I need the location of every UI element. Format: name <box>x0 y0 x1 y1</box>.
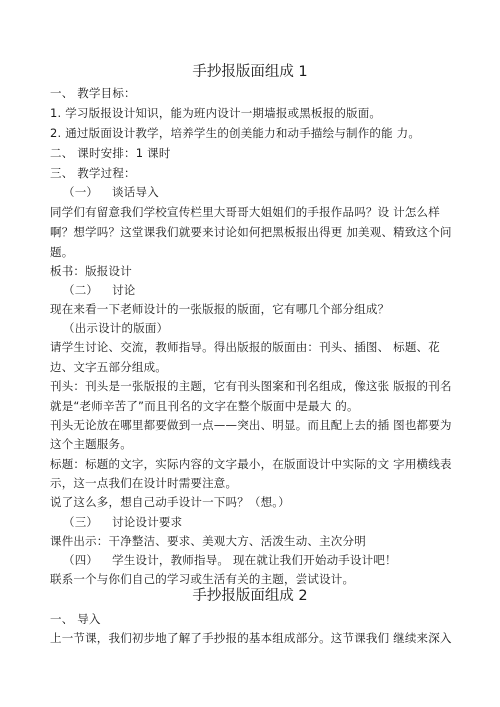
process-heading: 三、 教学过程： <box>50 166 136 180</box>
part2-show: （出示设计的版面） <box>63 321 168 335</box>
part2-paragraph-line2: 边、文字五部分组成。 <box>50 360 167 374</box>
part1-paragraph-line2: 啊？想学吗？这堂课我们就要来讨论如何把黑板报出得更 加美观、精致这个问 <box>50 225 452 239</box>
part1-paragraph-line3: 题。 <box>50 245 73 259</box>
part2-label: （二） <box>63 283 98 297</box>
objectives-heading: 一、 教学目标： <box>50 86 136 100</box>
intro-paragraph-line1: 上一节课，我们初步地了解了手抄报的基本组成部分。这节课我们 继续来深入 <box>50 631 452 645</box>
task: 联系一个与你们自己的学习或生活有关的主题，尝试设计。 <box>50 572 354 586</box>
courseware: 课件出示：干净整洁、要求、美观大方、活泼生动、主次分明 <box>50 534 366 548</box>
masthead2-line1: 刊头无论放在哪里都要做到一点——突出、明显。而且配上去的插 图也都要为 <box>50 418 452 432</box>
part3-title: 讨论设计要求 <box>112 515 182 529</box>
objective-2: 2. 通过版面设计教学，培养学生的创美能力和动手描绘与制作的能 力。 <box>50 126 420 140</box>
intro-heading: 一、 导入 <box>50 612 101 626</box>
schedule: 二、 课时安排：1 课时 <box>50 146 171 160</box>
section2-title: 手抄报版面组成 2 <box>0 587 500 605</box>
part2-title: 讨论 <box>112 283 135 297</box>
heading-line1: 标题：标题的文字，实际内容的文字最小，在版面设计中实际的文 字用横线表 <box>50 457 452 471</box>
masthead-line2: 就是“老师辛苦了”而且刊名的文字在整个版面中是最大 的。 <box>50 399 359 413</box>
part4-heading: （四）学生设计，教师指导。 现在就让我们开始动手设计吧！ <box>63 553 397 567</box>
part1-heading: （一）谈话导入 <box>63 185 159 199</box>
part3-heading: （三）讨论设计要求 <box>63 515 182 529</box>
part2-heading: （二）讨论 <box>63 283 136 297</box>
section1-title: 手抄报版面组成 1 <box>0 63 500 81</box>
prompt: 说了这么多，想自己动手设计一下吗？（想。） <box>50 495 290 509</box>
board-text: 板书：版报设计 <box>50 264 132 278</box>
heading-line2: 示，这一点我们在设计时需要注意。 <box>50 476 237 490</box>
part2-question: 现在来看一下老师设计的一张版报的版面，它有哪几个部分组成？ <box>50 302 389 316</box>
objective-1: 1. 学习版报设计知识，能为班内设计一期墙报或黑板报的版面。 <box>50 106 381 120</box>
part1-title: 谈话导入 <box>112 185 159 199</box>
part1-label: （一） <box>63 185 98 199</box>
part2-paragraph-line1: 请学生讨论、交流，教师指导。得出版报的版面由：刊头、插图、 标题、花 <box>50 340 440 354</box>
part3-label: （三） <box>63 515 98 529</box>
part1-paragraph-line1: 同学们有留意我们学校宣传栏里大哥哥大姐姐们的手报作品吗？设 计怎么样 <box>50 205 440 219</box>
masthead2-line2: 这个主题服务。 <box>50 437 132 451</box>
part4-title: 学生设计，教师指导。 现在就让我们开始动手设计吧！ <box>112 553 397 567</box>
document-page: 手抄报版面组成 1 一、 教学目标： 1. 学习版报设计知识，能为班内设计一期墙… <box>0 0 500 707</box>
masthead-line1: 刊头：刊头是一张版报的主题，它有刊头图案和刊名组成，像这张 版报的刊名 <box>50 379 452 393</box>
part4-label: （四） <box>63 553 98 567</box>
